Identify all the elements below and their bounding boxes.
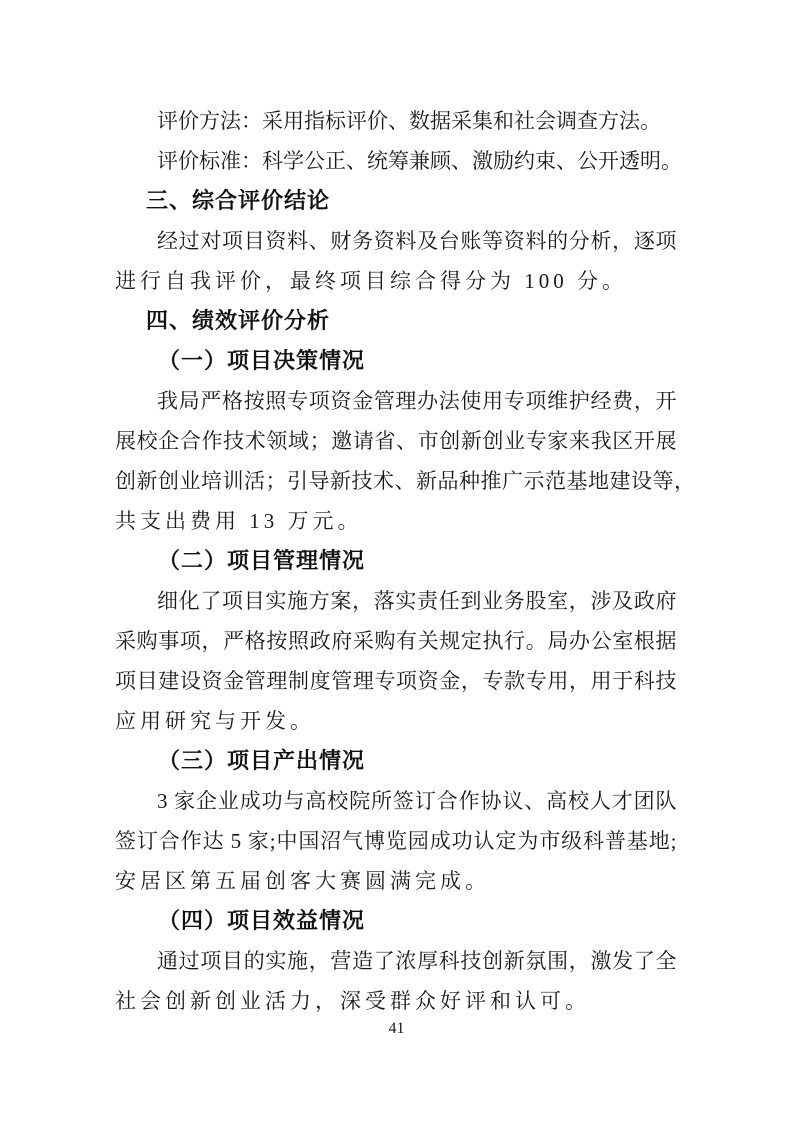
paragraph-decision-line-4: 共支出费用 13 万元。 bbox=[115, 501, 677, 541]
subheading-project-management: （二）项目管理情况 bbox=[115, 541, 677, 581]
text-block: 评价方法：采用指标评价、数据采集和社会调查方法。 评价标准：科学公正、统筹兼顾、… bbox=[115, 101, 677, 1021]
paragraph-benefit-line-2: 社会创新创业活力，深受群众好评和认可。 bbox=[115, 981, 677, 1021]
paragraph-output-line-1: 3 家企业成功与高校院所签订合作协议、高校人才团队 bbox=[115, 781, 677, 821]
subheading-project-decision: （一）项目决策情况 bbox=[115, 341, 677, 381]
paragraph-output-line-3: 安居区第五届创客大赛圆满完成。 bbox=[115, 861, 677, 901]
paragraph-decision-line-1: 我局严格按照专项资金管理办法使用专项维护经费，开 bbox=[115, 381, 677, 421]
page-number: 41 bbox=[0, 1018, 793, 1040]
paragraph-output-line-2: 签订合作达 5 家;中国沼气博览园成功认定为市级科普基地; bbox=[115, 821, 677, 861]
paragraph-evaluation-standard: 评价标准：科学公正、统筹兼顾、激励约束、公开透明。 bbox=[115, 141, 677, 181]
paragraph-decision-line-2: 展校企合作技术领域；邀请省、市创新创业专家来我区开展 bbox=[115, 421, 677, 461]
paragraph-management-line-3: 项目建设资金管理制度管理专项资金，专款专用，用于科技 bbox=[115, 661, 677, 701]
heading-performance-analysis: 四、绩效评价分析 bbox=[115, 301, 677, 341]
paragraph-evaluation-method: 评价方法：采用指标评价、数据采集和社会调查方法。 bbox=[115, 101, 677, 141]
paragraph-conclusion-line-1: 经过对项目资料、财务资料及台账等资料的分析，逐项 bbox=[115, 221, 677, 261]
heading-overall-conclusion: 三、综合评价结论 bbox=[115, 181, 677, 221]
paragraph-management-line-2: 采购事项，严格按照政府采购有关规定执行。局办公室根据 bbox=[115, 621, 677, 661]
paragraph-management-line-4: 应用研究与开发。 bbox=[115, 701, 677, 741]
paragraph-management-line-1: 细化了项目实施方案，落实责任到业务股室，涉及政府 bbox=[115, 581, 677, 621]
subheading-project-output: （三）项目产出情况 bbox=[115, 741, 677, 781]
paragraph-conclusion-line-2: 进行自我评价，最终项目综合得分为 100 分。 bbox=[115, 261, 677, 301]
paragraph-decision-line-3: 创新创业培训活；引导新技术、新品种推广示范基地建设等， bbox=[115, 461, 677, 501]
subheading-project-benefit: （四）项目效益情况 bbox=[115, 901, 677, 941]
paragraph-benefit-line-1: 通过项目的实施，营造了浓厚科技创新氛围，激发了全 bbox=[115, 941, 677, 981]
document-page: 评价方法：采用指标评价、数据采集和社会调查方法。 评价标准：科学公正、统筹兼顾、… bbox=[0, 0, 793, 1122]
